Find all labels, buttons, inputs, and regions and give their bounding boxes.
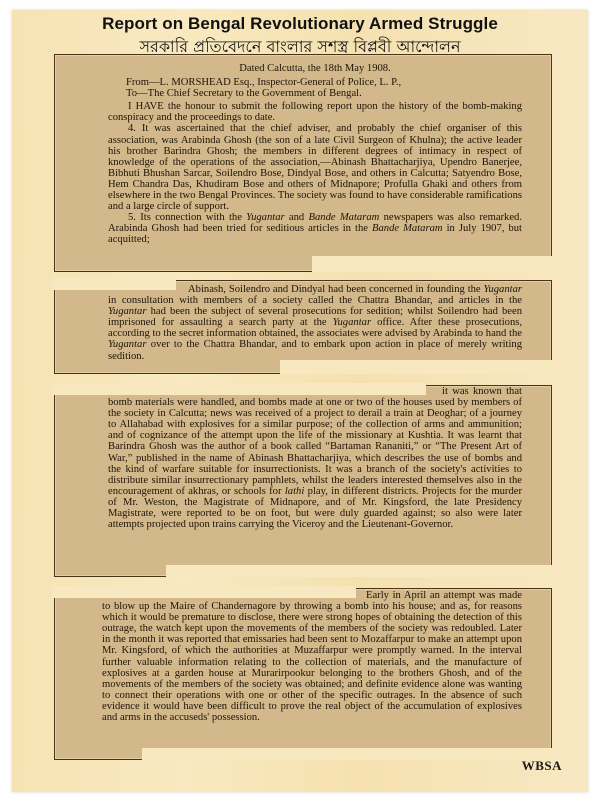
wbsa-watermark: WBSA — [522, 758, 562, 774]
from-line: From—L. MORSHEAD Esq., Inspector-General… — [108, 77, 522, 88]
panel-3-notch-bottom — [166, 565, 552, 577]
p5-text-b: and — [285, 212, 309, 223]
clipping-2-text: Abinash, Soilendro and Dindyal had been … — [108, 284, 522, 362]
dateline: Dated Calcutta, the 18th May 1908. — [108, 63, 522, 74]
panel-1-notch — [312, 256, 552, 272]
p3-lathi: lathi — [285, 486, 304, 497]
p2-yugantar-4: Yugantar — [108, 339, 146, 350]
p2-text-2: in consultation with members of a societ… — [108, 295, 522, 306]
p5-bande-mataram-2: Bande Mataram — [372, 223, 443, 234]
to-line: To—The Chief Secretary to the Government… — [108, 88, 522, 99]
p2-text-1: Abinash, Soilendro and Dindyal had been … — [188, 284, 484, 295]
p3-text-1: it was known that bomb materials were ha… — [108, 386, 522, 497]
paragraph-4: 4. It was ascertained that the chief adv… — [108, 123, 522, 212]
paragraph-bomb-materials: it was known that bomb materials were ha… — [108, 386, 522, 530]
intro-paragraph: I HAVE the honour to submit the followin… — [108, 101, 522, 123]
paragraph-chandernagore: Early in April an attempt was made to bl… — [102, 590, 522, 723]
p5-yugantar: Yugantar — [246, 212, 284, 223]
parchment-page: Report on Bengal Revolutionary Armed Str… — [12, 10, 588, 792]
p2-yugantar-3: Yugantar — [333, 317, 371, 328]
paragraph-chattra-bhandar: Abinash, Soilendro and Dindyal had been … — [108, 284, 522, 362]
clipping-1-text: Dated Calcutta, the 18th May 1908. From—… — [108, 63, 522, 246]
p5-bande-mataram: Bande Mataram — [309, 212, 380, 223]
page-title: Report on Bengal Revolutionary Armed Str… — [12, 14, 588, 34]
panel-4-notch-bottom — [142, 748, 552, 760]
clipping-4-text: Early in April an attempt was made to bl… — [102, 590, 522, 723]
p2-yugantar-1: Yugantar — [484, 284, 522, 295]
p2-yugantar-2: Yugantar — [108, 306, 146, 317]
p2-text-5: over to the Chattra Bhandar, and to emba… — [108, 339, 522, 361]
panel-2-notch-bottom — [280, 360, 552, 374]
clipping-3-text: it was known that bomb materials were ha… — [108, 386, 522, 530]
p5-text-a: 5. Its connection with the — [128, 212, 246, 223]
paragraph-5: 5. Its connection with the Yugantar and … — [108, 212, 522, 245]
